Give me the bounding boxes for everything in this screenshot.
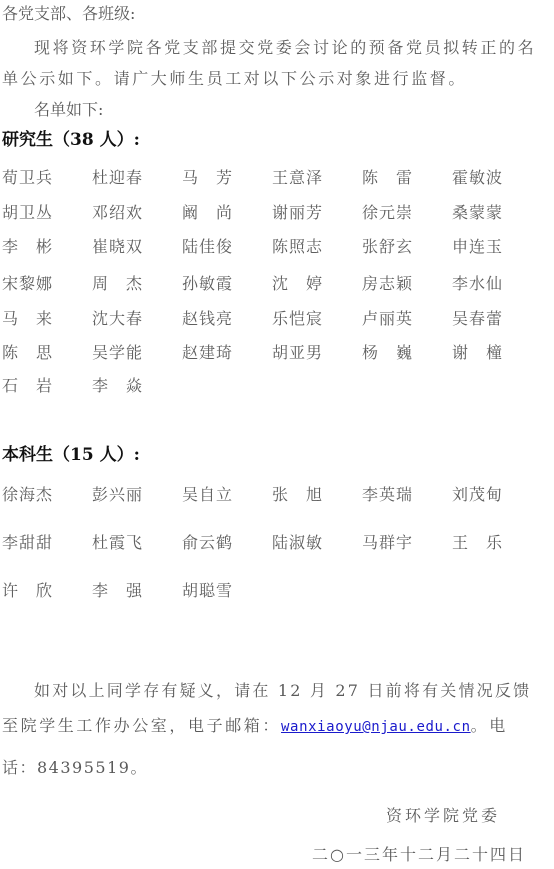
undergraduate-name: 许 欣 [2,581,53,601]
graduate-name: 胡亚男 [272,343,323,363]
list-intro: 名单如下: [34,100,103,120]
signature-org: 资环学院党委 [386,806,500,826]
graduate-name: 谢 橦 [452,343,503,363]
graduate-name: 孙敏霞 [182,274,233,294]
undergraduate-name: 陆淑敏 [272,533,323,553]
undergraduate-name: 马群宇 [362,533,413,553]
graduate-name: 谢丽芳 [272,203,323,223]
graduate-name: 王意泽 [272,168,323,188]
graduate-name: 徐元崇 [362,203,413,223]
graduate-name: 胡卫丛 [2,203,53,223]
undergraduate-heading: 本科生（15 人）: [2,445,140,465]
graduate-name: 李 焱 [92,376,143,396]
graduate-name: 卢丽英 [362,309,413,329]
salutation: 各党支部、各班级: [2,4,135,24]
graduate-name: 李 彬 [2,237,53,257]
graduate-name: 赵建琦 [182,343,233,363]
closing-line-1: 如对以上同学存有疑义，请在 12 月 27 日前将有关情况反馈 [34,681,531,701]
closing-line-2: 至院学生工作办公室，电子邮箱：wanxiaoyu@njau.edu.cn。电 [2,716,508,736]
graduate-name: 崔晓双 [92,237,143,257]
signature-date: 二○一三年十二月二十四日 [312,845,526,865]
undergraduate-name: 张 旭 [272,485,323,505]
graduate-name: 石 岩 [2,376,53,396]
graduate-name: 吴学能 [92,343,143,363]
graduate-name: 沈 婷 [272,274,323,294]
undergraduate-name: 俞云鹤 [182,533,233,553]
graduate-name: 申连玉 [452,237,503,257]
graduate-name: 霍敏波 [452,168,503,188]
email-link[interactable]: wanxiaoyu@njau.edu.cn [281,719,471,735]
intro-paragraph-line-2: 单公示如下。请广大师生员工对以下公示对象进行监督。 [2,69,467,89]
graduate-name: 阚 尚 [182,203,233,223]
graduate-name: 乐恺宸 [272,309,323,329]
undergraduate-name: 李甜甜 [2,533,53,553]
graduate-name: 李水仙 [452,274,503,294]
graduate-name: 房志颖 [362,274,413,294]
graduate-name: 张舒玄 [362,237,413,257]
graduate-name: 荀卫兵 [2,168,53,188]
intro-paragraph-line-1: 现将资环学院各党支部提交党委会讨论的预备党员拟转正的名 [34,38,536,58]
undergraduate-name: 王 乐 [452,533,503,553]
closing-line-2-suffix: 。电 [471,716,508,735]
undergraduate-name: 李英瑞 [362,485,413,505]
closing-line-2-prefix: 至院学生工作办公室，电子邮箱： [2,716,281,735]
undergraduate-name: 胡聪雪 [182,581,233,601]
undergraduate-name: 吴自立 [182,485,233,505]
undergraduate-name: 杜霞飞 [92,533,143,553]
graduate-name: 陈 雷 [362,168,413,188]
graduate-name: 沈大春 [92,309,143,329]
undergraduate-name: 彭兴丽 [92,485,143,505]
graduate-name: 陈照志 [272,237,323,257]
graduate-name: 宋黎娜 [2,274,53,294]
graduate-name: 吴春蕾 [452,309,503,329]
graduate-name: 杜迎春 [92,168,143,188]
graduate-name: 邓绍欢 [92,203,143,223]
undergraduate-name: 徐海杰 [2,485,53,505]
graduate-name: 赵钱亮 [182,309,233,329]
graduate-name: 马 芳 [182,168,233,188]
graduate-name: 杨 巍 [362,343,413,363]
graduate-name: 周 杰 [92,274,143,294]
graduate-name: 桑蒙蒙 [452,203,503,223]
graduate-name: 马 来 [2,309,53,329]
graduate-heading: 研究生（38 人）: [2,130,140,150]
closing-line-3-phone: 话：84395519。 [2,758,148,778]
graduate-name: 陈 思 [2,343,53,363]
graduate-name: 陆佳俊 [182,237,233,257]
undergraduate-name: 刘茂甸 [452,485,503,505]
undergraduate-name: 李 强 [92,581,143,601]
